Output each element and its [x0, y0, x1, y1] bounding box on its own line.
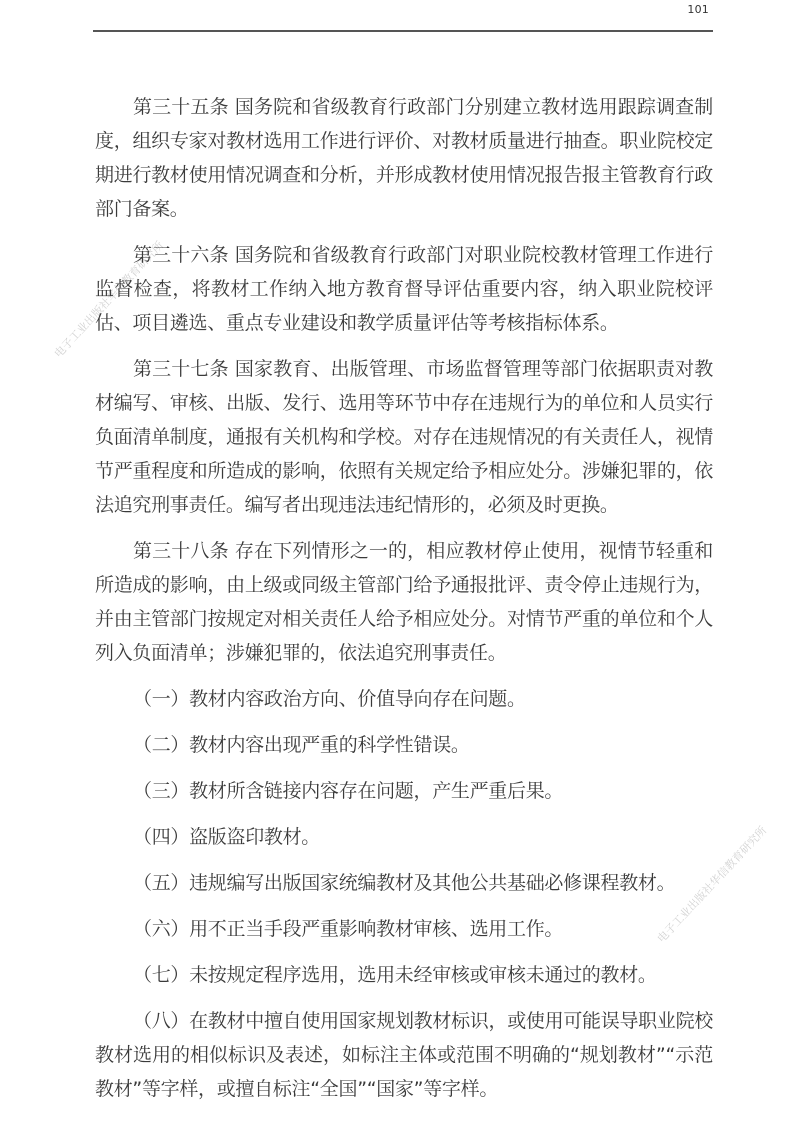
article-35: 第三十五条 国务院和省级教育行政部门分别建立教材选用跟踪调查制度，组织专家对教材… — [95, 90, 713, 226]
list-item-2: （二）教材内容出现严重的科学性错误。 — [95, 728, 713, 762]
list-item-4: （四）盗版盗印教材。 — [95, 820, 713, 854]
document-body: 第三十五条 国务院和省级教育行政部门分别建立教材选用跟踪调查制度，组织专家对教材… — [95, 90, 713, 1106]
list-item-1: （一）教材内容政治方向、价值导向存在问题。 — [95, 682, 713, 716]
article-38: 第三十八条 存在下列情形之一的，相应教材停止使用，视情节轻重和所造成的影响，由上… — [95, 534, 713, 670]
page-number: 101 — [687, 3, 709, 16]
list-item-6: （六）用不正当手段严重影响教材审核、选用工作。 — [95, 912, 713, 946]
header-rule — [93, 30, 713, 32]
article-37: 第三十七条 国家教育、出版管理、市场监督管理等部门依据职责对教材编写、审核、出版… — [95, 352, 713, 522]
list-item-7: （七）未按规定程序选用，选用未经审核或审核未通过的教材。 — [95, 958, 713, 992]
list-item-3: （三）教材所含链接内容存在问题，产生严重后果。 — [95, 774, 713, 808]
list-item-8: （八）在教材中擅自使用国家规划教材标识，或使用可能误导职业院校教材选用的相似标识… — [95, 1004, 713, 1106]
list-item-5: （五）违规编写出版国家统编教材及其他公共基础必修课程教材。 — [95, 866, 713, 900]
article-36: 第三十六条 国务院和省级教育行政部门对职业院校教材管理工作进行监督检查，将教材工… — [95, 238, 713, 340]
